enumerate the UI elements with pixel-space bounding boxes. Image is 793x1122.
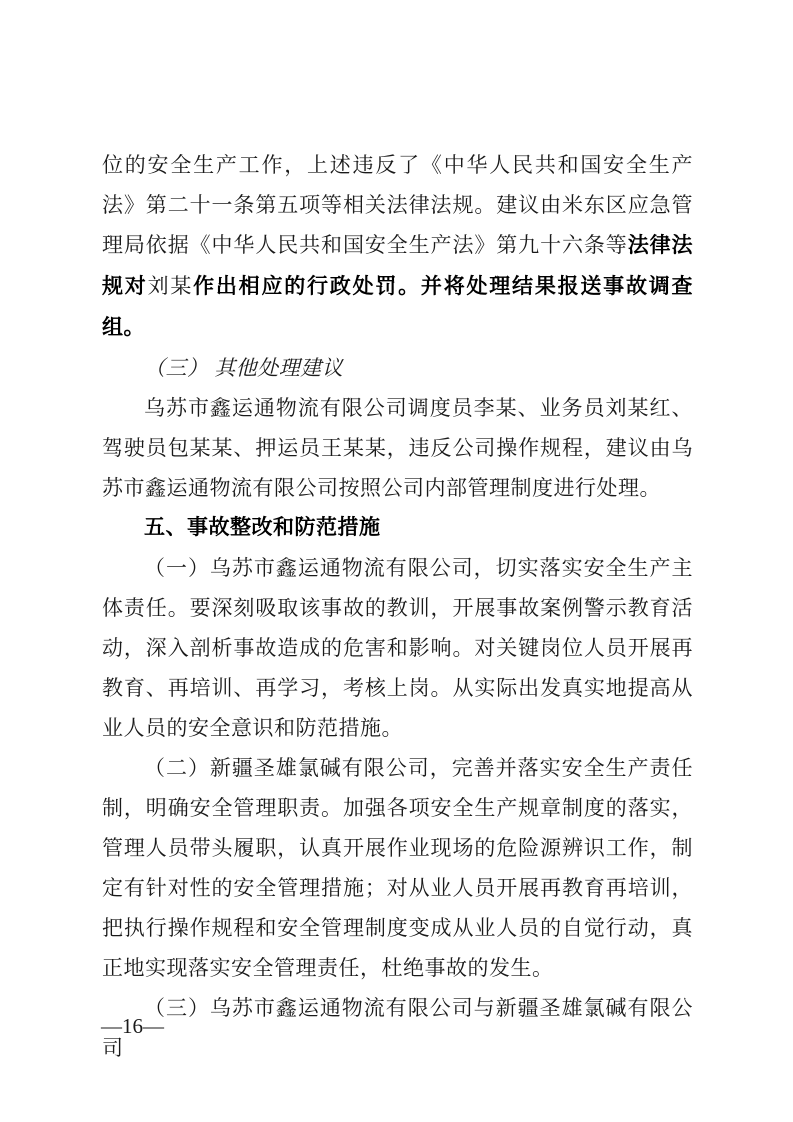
paragraph-measure-3: （三）乌苏市鑫运通物流有限公司与新疆圣雄氯碱有限公司 xyxy=(102,988,693,1068)
subheading-other-handling-suggestions: （三） 其他处理建议 xyxy=(102,348,693,388)
paragraph-continuation-penalty: 位的安全生产工作，上述违反了《中华人民共和国安全生产法》第二十一条第五项等相关法… xyxy=(102,145,693,348)
paragraph-measure-1: （一）乌苏市鑫运通物流有限公司，切实落实安全生产主体责任。要深刻吸取该事故的教训… xyxy=(102,548,693,748)
footer-page-number: —16— xyxy=(101,1012,164,1040)
text-run: 位的安全生产工作，上述违反了《中华人民共和国安全生产法》第二十一条第五项等相关法… xyxy=(102,153,693,257)
document-body: 位的安全生产工作，上述违反了《中华人民共和国安全生产法》第二十一条第五项等相关法… xyxy=(102,145,693,1068)
text-run: 刘某 xyxy=(148,274,194,298)
paragraph-measure-2: （二）新疆圣雄氯碱有限公司，完善并落实安全生产责任制，明确安全管理职责。加强各项… xyxy=(102,748,693,988)
document-page: 位的安全生产工作，上述违反了《中华人民共和国安全生产法》第二十一条第五项等相关法… xyxy=(0,0,793,1122)
paragraph-company-staff-handling: 乌苏市鑫运通物流有限公司调度员李某、业务员刘某红、驾驶员包某某、押运员王某某，违… xyxy=(102,388,693,508)
section-heading-rectification-measures: 五、事故整改和防范措施 xyxy=(102,508,693,548)
